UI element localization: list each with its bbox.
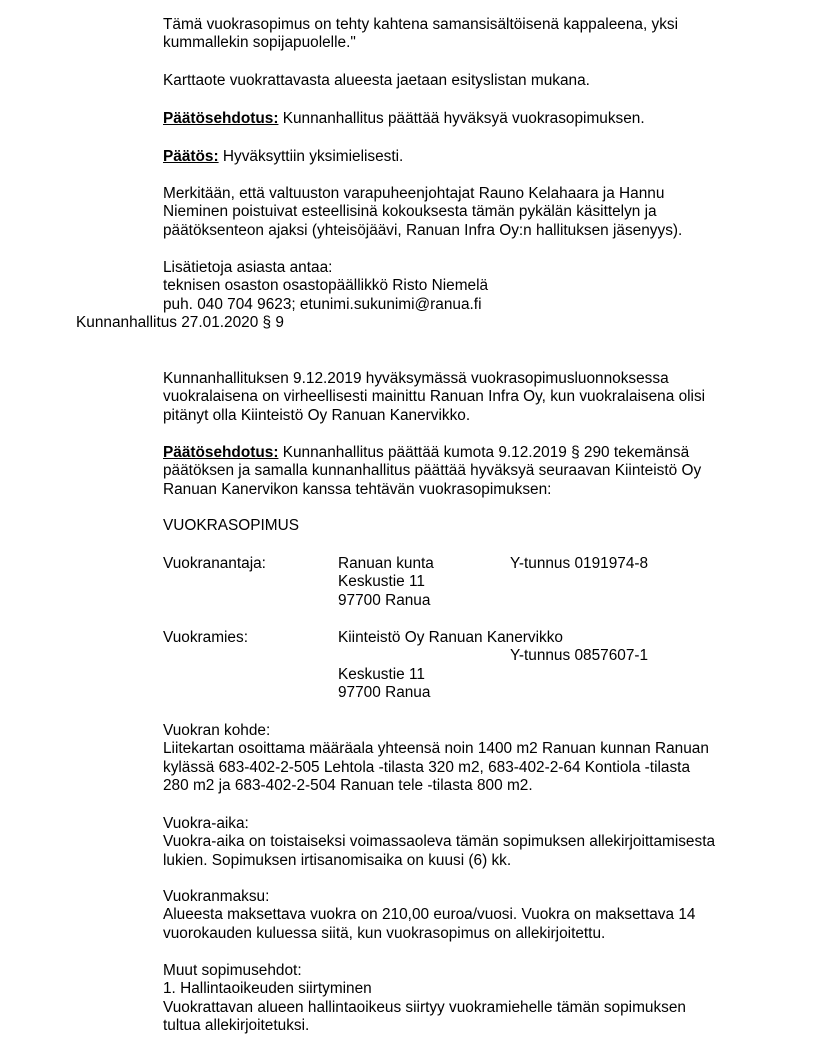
background-paragraph: Kunnanhallituksen 9.12.2019 hyväksymässä… (163, 370, 763, 425)
text-line: Vuokra-aika on toistaiseksi voimassaolev… (163, 833, 763, 851)
text-line: Ranuan Kanervikon kanssa tehtävän vuokra… (163, 481, 763, 499)
lessee-name: Kiinteistö Oy Ranuan Kanervikko (338, 629, 563, 647)
text-line: Merkitään, että valtuuston varapuheenjoh… (163, 185, 763, 203)
section-heading: Vuokran kohde: (163, 722, 763, 740)
proposal-text: Kunnanhallitus päättää hyväksyä vuokraso… (278, 110, 644, 127)
contract-title: VUOKRASOPIMUS (163, 517, 763, 535)
lessor-name: Ranuan kunta (338, 555, 434, 573)
rent-payment: Vuokranmaksu: Alueesta maksettava vuokra… (163, 888, 763, 943)
other-terms: Muut sopimusehdot: 1. Hallintaoikeuden s… (163, 962, 763, 1036)
lessor-label: Vuokranantaja: (163, 555, 266, 573)
text-line: vuokralaisena on virheellisesti mainittu… (163, 388, 763, 406)
text-line: Nieminen poistuivat esteellisinä kokouks… (163, 203, 763, 221)
section-heading: Vuokranmaksu: (163, 888, 763, 906)
text-line: tultua allekirjoitetuksi. (163, 1017, 763, 1035)
lessee-business-id: Y-tunnus 0857607-1 (510, 647, 648, 665)
text-line: teknisen osaston osastopäällikkö Risto N… (163, 277, 763, 295)
contact-info: Lisätietoja asiasta antaa: teknisen osas… (163, 259, 763, 314)
contact-phone-email: puh. 040 704 9623; etunimi.sukunimi@ranu… (163, 296, 763, 314)
decision-proposal-2: Päätösehdotus: Kunnanhallitus päättää ku… (163, 444, 763, 499)
text-line: kylässä 683-402-2-505 Lehtola -tilasta 3… (163, 759, 763, 777)
lessor-street: Keskustie 11 (338, 573, 425, 591)
text-line: Liitekartan osoittama määräala yhteensä … (163, 740, 763, 758)
text-line: kummallekin sopijapuolelle." (163, 34, 763, 52)
lessor-business-id: Y-tunnus 0191974-8 (510, 555, 648, 573)
text-line: 280 m2 ja 683-402-2-504 Ranuan tele -til… (163, 777, 763, 795)
text-line: Lisätietoja asiasta antaa: (163, 259, 763, 277)
text-line: päätöksen ja samalla kunnanhallitus päät… (163, 462, 763, 480)
text-line: Karttaote vuokrattavasta alueesta jaetaa… (163, 72, 763, 90)
lessee-street: Keskustie 11 (338, 666, 425, 684)
text-line: lukien. Sopimuksen irtisanomisaika on ku… (163, 852, 763, 870)
text-line: Vuokrattavan alueen hallintaoikeus siirt… (163, 999, 763, 1017)
recusal-note: Merkitään, että valtuuston varapuheenjoh… (163, 185, 763, 240)
lease-object: Vuokran kohde: Liitekartan osoittama mää… (163, 722, 763, 796)
section-heading: Muut sopimusehdot: (163, 962, 763, 980)
section-heading: Vuokra-aika: (163, 815, 763, 833)
text-line: Tämä vuokrasopimus on tehty kahtena sama… (163, 16, 763, 34)
lessee-label: Vuokramies: (163, 629, 248, 647)
proposal-label: Päätösehdotus: (163, 110, 278, 127)
text-line: Alueesta maksettava vuokra on 210,00 eur… (163, 906, 763, 924)
text-line: 1. Hallintaoikeuden siirtyminen (163, 980, 763, 998)
decision-label: Päätös: (163, 148, 219, 165)
text-line: pitänyt olla Kiinteistö Oy Ranuan Kanerv… (163, 407, 763, 425)
decision-1: Päätös: Hyväksyttiin yksimielisesti. (163, 148, 763, 166)
lease-term: Vuokra-aika: Vuokra-aika on toistaiseksi… (163, 815, 763, 870)
intro-paragraph: Tämä vuokrasopimus on tehty kahtena sama… (163, 16, 763, 53)
text-line: vuorokauden kuluessa siitä, kun vuokraso… (163, 925, 763, 943)
text-line: päätöksenteon ajaksi (yhteisöjäävi, Ranu… (163, 222, 763, 240)
text-line: Kunnanhallituksen 9.12.2019 hyväksymässä… (163, 370, 763, 388)
proposal-text: Kunnanhallitus päättää kumota 9.12.2019 … (278, 444, 689, 461)
lessor-postal: 97700 Ranua (338, 592, 430, 610)
section-header: Kunnanhallitus 27.01.2020 § 9 (76, 314, 284, 332)
decision-proposal-1: Päätösehdotus: Kunnanhallitus päättää hy… (163, 110, 763, 128)
proposal-label: Päätösehdotus: (163, 444, 278, 461)
decision-text: Hyväksyttiin yksimielisesti. (219, 148, 404, 165)
map-note: Karttaote vuokrattavasta alueesta jaetaa… (163, 72, 763, 90)
lessee-postal: 97700 Ranua (338, 684, 430, 702)
